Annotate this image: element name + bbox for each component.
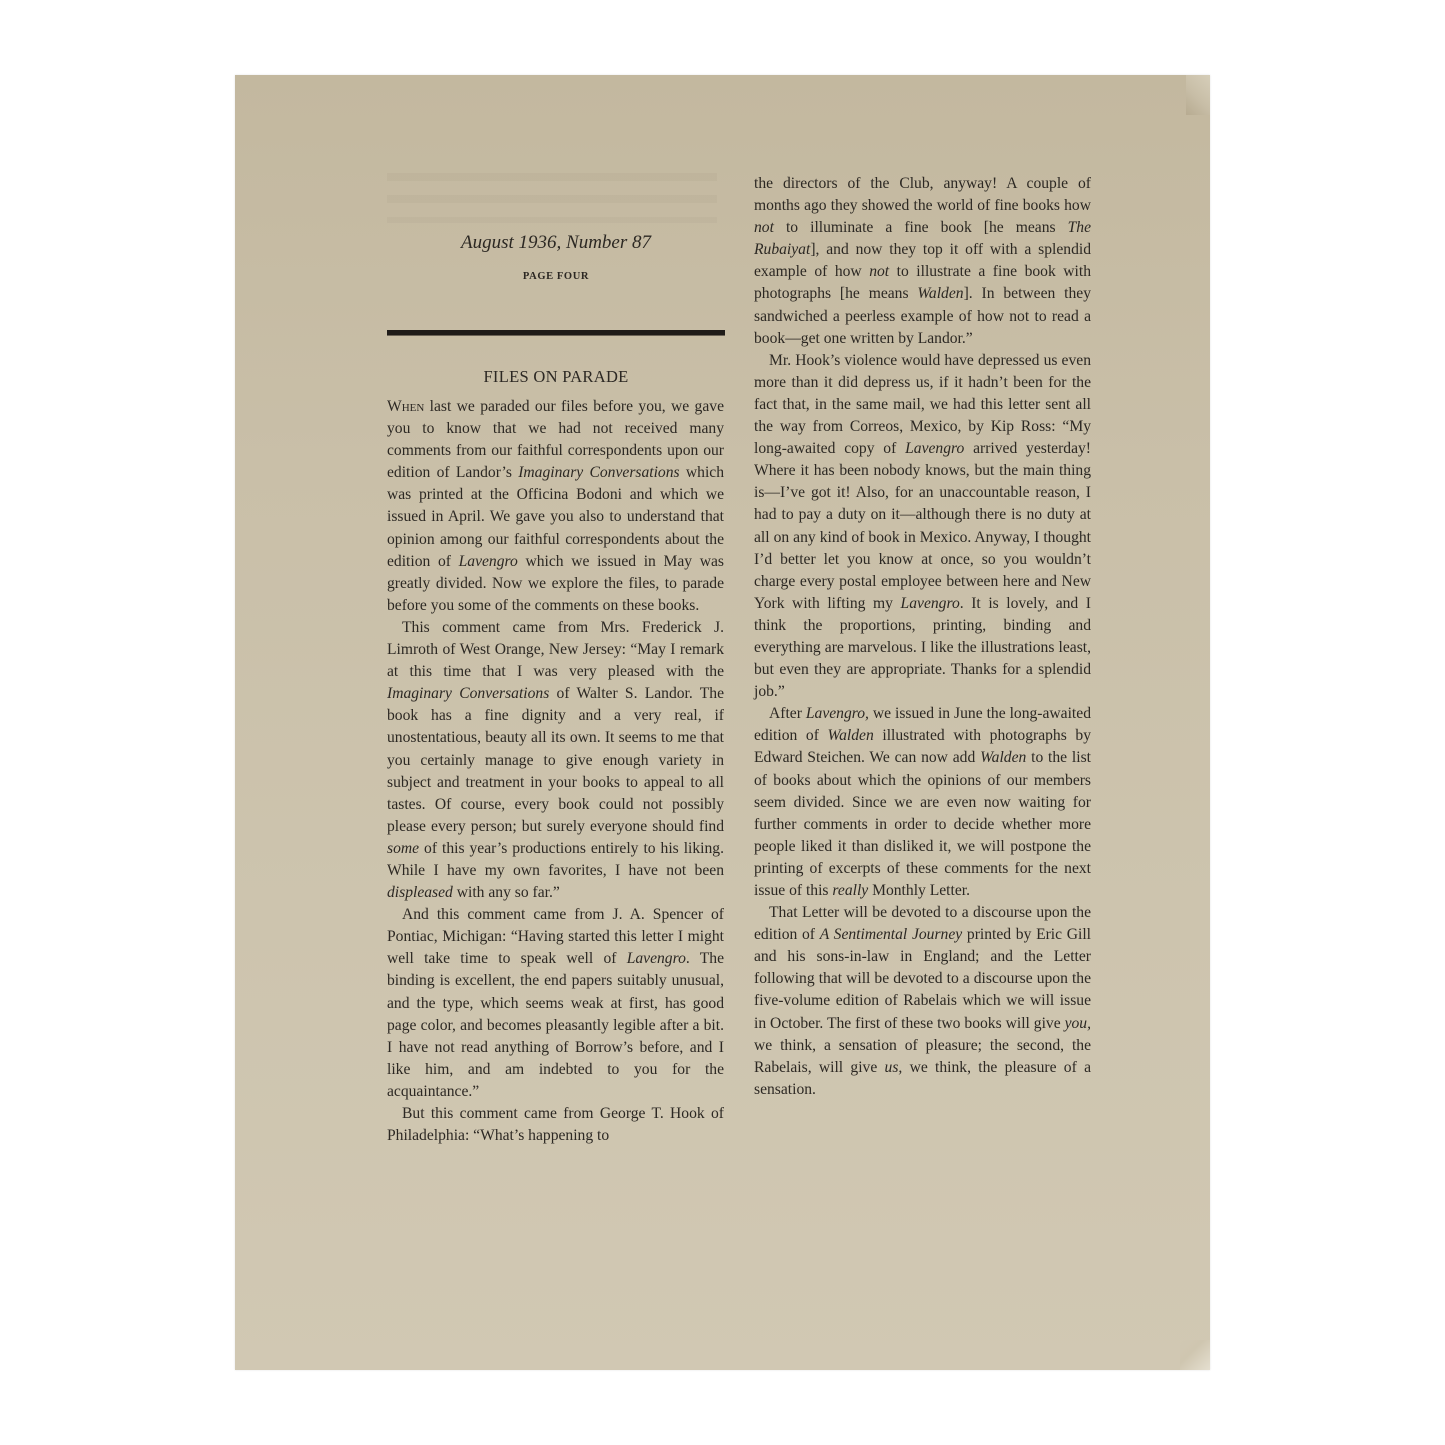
italic-title: Lavengro, xyxy=(806,705,869,722)
italic-title: Lavengro xyxy=(627,950,686,967)
paragraph: When last we paraded our files before yo… xyxy=(387,396,724,617)
paragraph: And this comment came from J. A. Spencer… xyxy=(387,904,724,1103)
italic-emphasis: not xyxy=(754,219,774,236)
article-title: FILES ON PARADE xyxy=(387,367,725,387)
text-run: of Walter S. Landor. The book has a fine… xyxy=(387,685,724,835)
text-run: with any so far.” xyxy=(453,884,560,901)
bleed-through-texture xyxy=(387,173,717,223)
paragraph: This comment came from Mrs. Frederick J.… xyxy=(387,617,724,904)
text-run: But this comment came from George T. Hoo… xyxy=(387,1105,724,1144)
italic-title: Imaginary Conversations xyxy=(387,685,549,702)
paragraph: Mr. Hook’s violence would have depressed… xyxy=(754,350,1091,704)
paragraph: the directors of the Club, anyway! A cou… xyxy=(754,173,1091,350)
italic-title: Lavengro xyxy=(901,595,960,612)
paragraph: After Lavengro, we issued in June the lo… xyxy=(754,703,1091,902)
italic-title: Walden xyxy=(828,727,874,744)
text-run: After xyxy=(769,705,806,722)
drop-lead-word: When xyxy=(387,398,424,415)
italic-emphasis: really xyxy=(832,882,868,899)
italic-title: Lavengro xyxy=(459,553,518,570)
left-text-column: When last we paraded our files before yo… xyxy=(387,396,724,1147)
paragraph: That Letter will be devoted to a discour… xyxy=(754,902,1091,1101)
italic-title: Walden xyxy=(980,749,1026,766)
text-run: of this year’s productions en­tirely to … xyxy=(387,840,724,879)
italic-emphasis: you, xyxy=(1065,1015,1091,1032)
text-run: to illuminate a fine book [he means xyxy=(774,219,1068,236)
text-run: This comment came from Mrs. Frederick J.… xyxy=(387,619,724,680)
paragraph: But this comment came from George T. Hoo… xyxy=(387,1103,724,1147)
document-page: August 1936, Number 87 PAGE FOUR FILES O… xyxy=(235,75,1210,1370)
text-run: . The binding is excellent, the end pape… xyxy=(387,950,724,1100)
text-run: the directors of the Club, anyway! A cou… xyxy=(754,175,1091,214)
italic-emphasis: some xyxy=(387,840,419,857)
italic-title: Laven­gro xyxy=(905,440,964,457)
italic-emphasis: us, xyxy=(885,1059,903,1076)
italic-title: Wal­den xyxy=(917,285,963,302)
italic-title: A Sentimental Journey xyxy=(820,926,963,943)
italic-emphasis: not xyxy=(869,263,889,280)
page-number-label: PAGE FOUR xyxy=(387,271,725,282)
right-text-column: the directors of the Club, anyway! A cou… xyxy=(754,173,1091,1101)
italic-title: Imaginary Conversations xyxy=(518,464,679,481)
text-run: to the list of books about which the opi… xyxy=(754,749,1091,899)
page-corner-curl xyxy=(1180,1340,1210,1370)
issue-date-heading: August 1936, Number 87 xyxy=(387,232,725,254)
text-run: Monthly Letter. xyxy=(868,882,970,899)
italic-emphasis: displeased xyxy=(387,884,453,901)
heading-rule-divider xyxy=(387,330,725,336)
text-run: arrived yesterday! Where it has been nob… xyxy=(754,440,1091,612)
page-corner-fold xyxy=(1186,75,1210,115)
